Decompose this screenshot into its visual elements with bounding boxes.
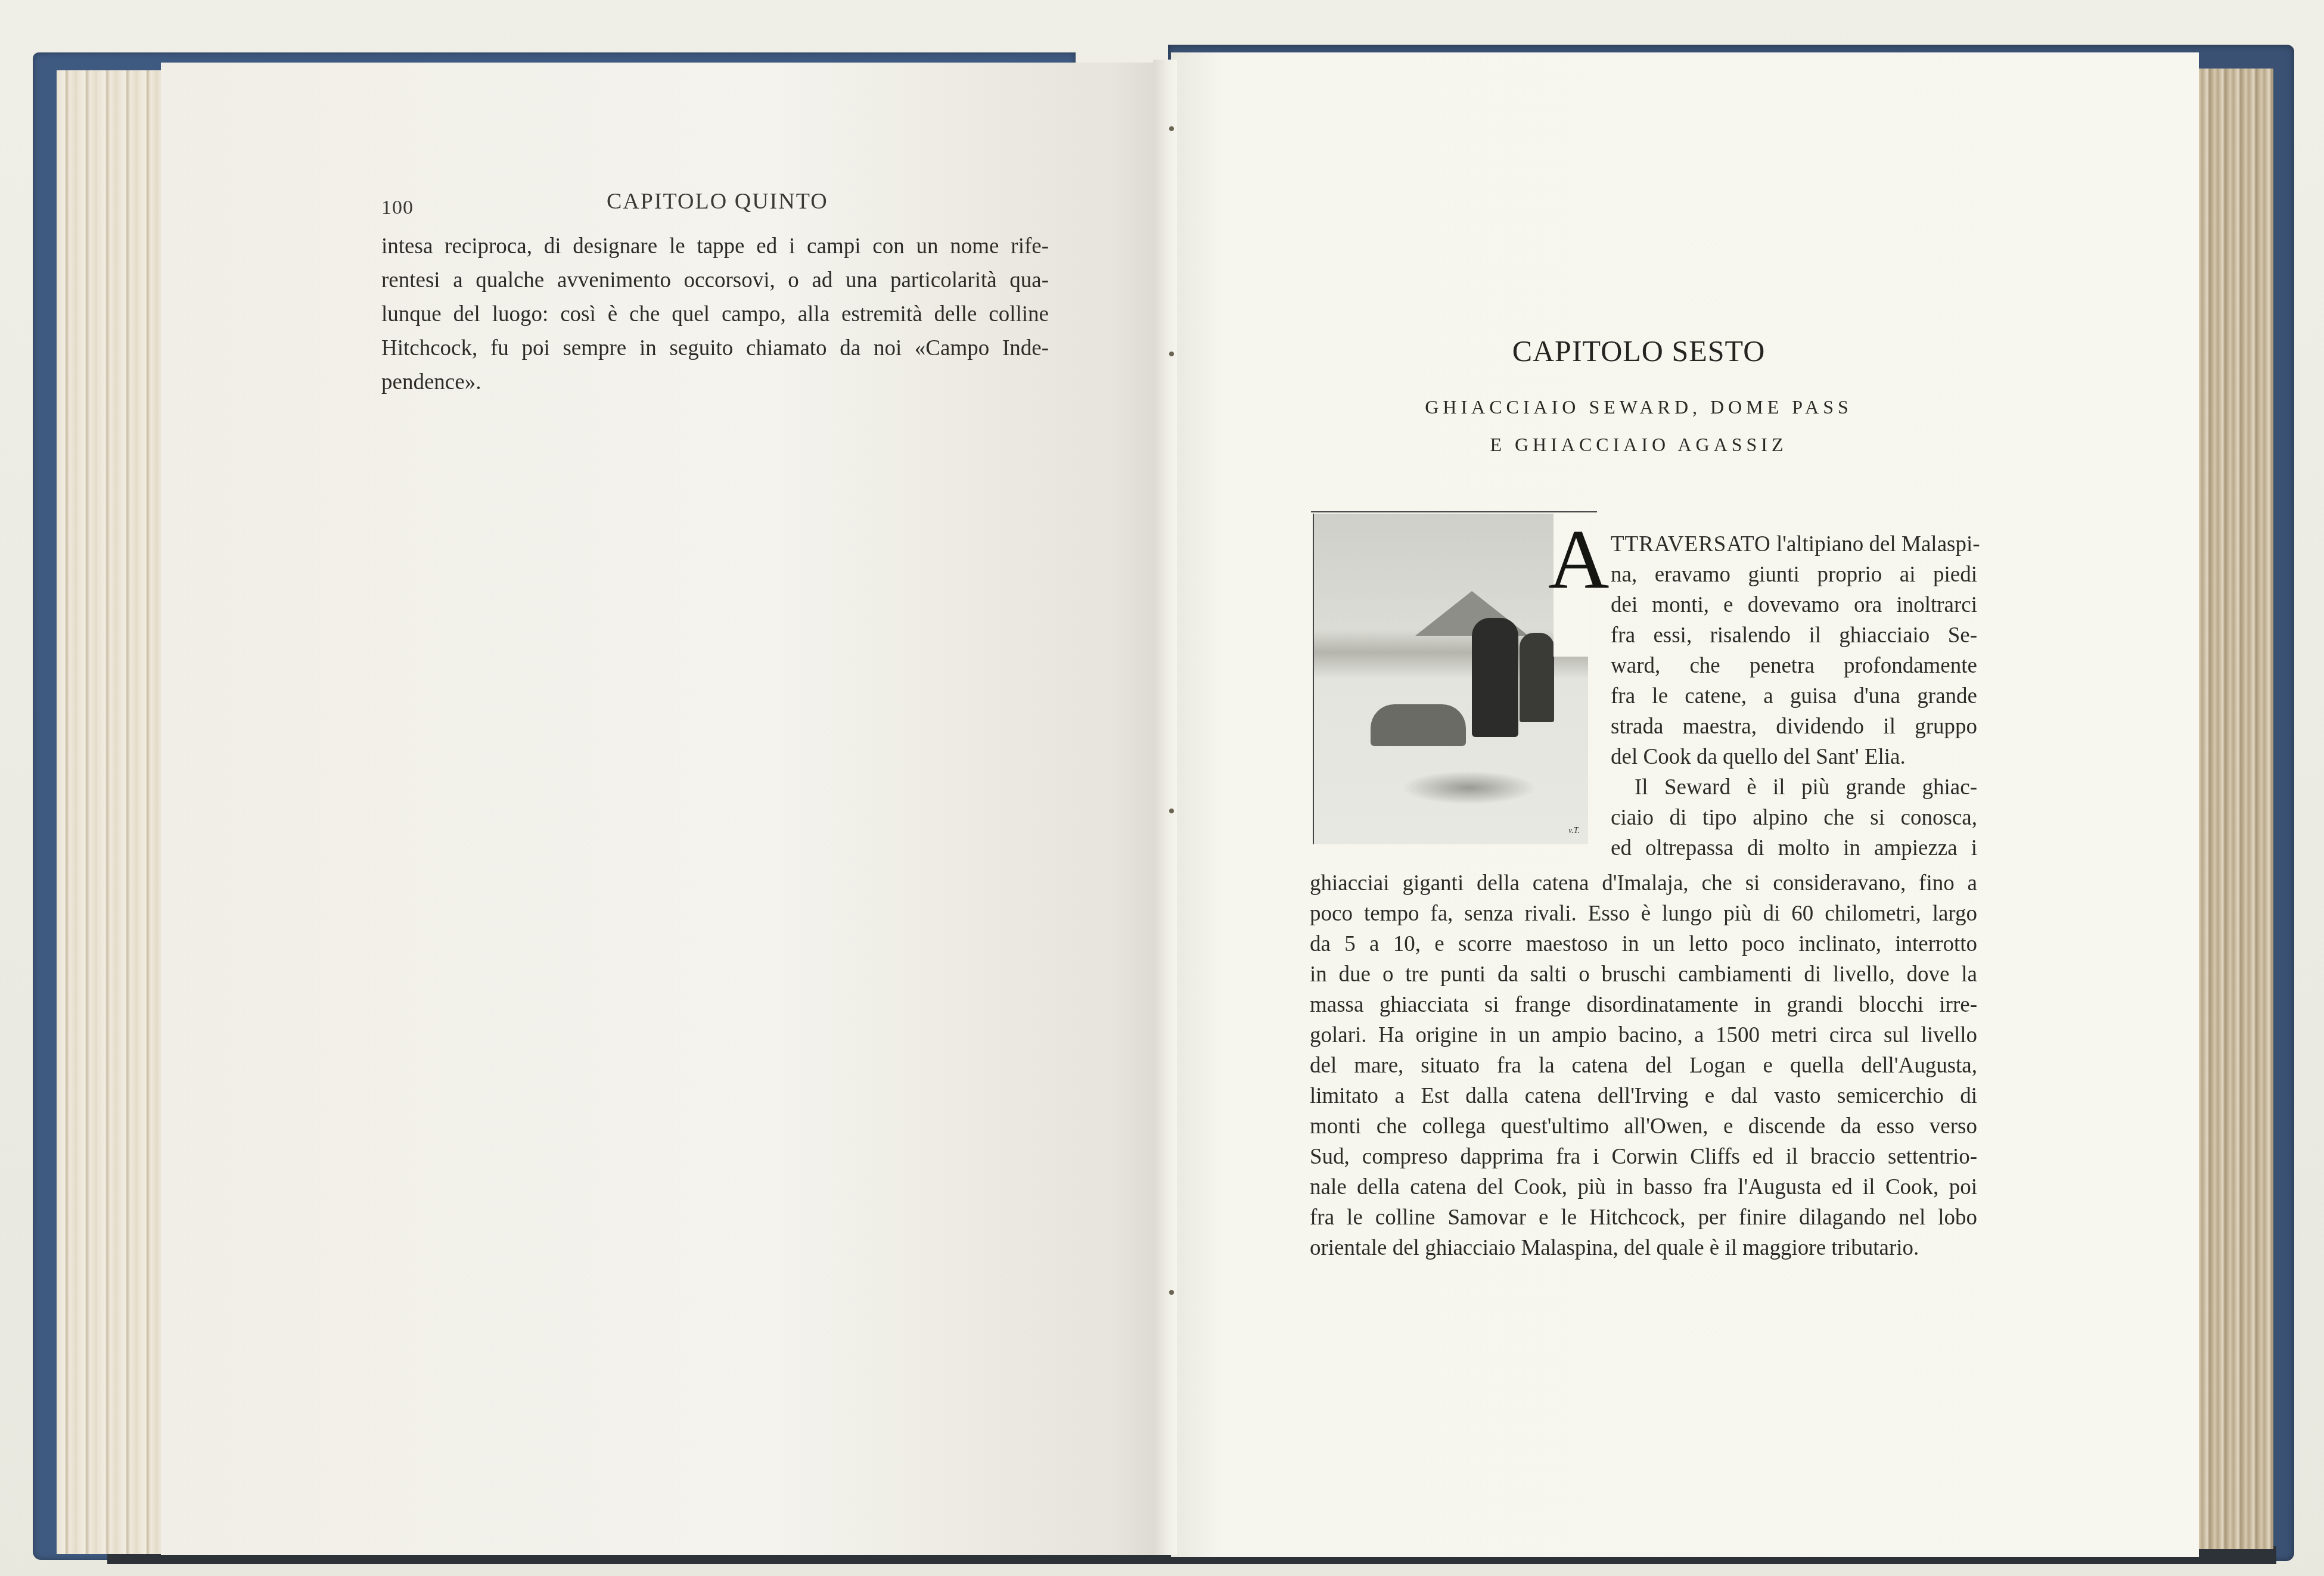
binding-stitch [1169,352,1174,356]
chapter-subtitle-line-1: GHIACCIAIO SEWARD, DOME PASS [1371,396,1907,418]
text-line: nale della catena del Cook, più in basso… [1310,1172,1977,1202]
person-figure [1520,633,1554,722]
text-line: del mare, situato fra la catena del Loga… [1310,1050,1977,1081]
text-line: fra le catene, a guisa d'una grande [1611,681,1977,711]
drop-cap: A [1548,523,1610,595]
text-line: strada maestra, dividendo il gruppo [1611,711,1977,742]
page-number: 100 [381,197,414,219]
text-line: TTRAVERSATO l'altipiano del Malaspi- [1611,529,1977,559]
text-line: pendence». [381,365,1049,399]
text-line: golari. Ha origine in un ampio bacino, a… [1310,1020,1977,1050]
text-line: fra essi, risalendo il ghiacciaio Se- [1611,620,1977,651]
text-line: in due o tre punti da salti o bruschi ca… [1310,959,1977,990]
binding-stitch [1169,126,1174,131]
illustration-signature: v.T. [1568,826,1580,836]
binding-stitch [1169,1290,1174,1295]
chapter-title: CAPITOLO SESTO [1371,334,1907,368]
text-line: ed oltrepassa di molto in ampiezza i [1611,833,1977,863]
text-line: Il Seward è il più grande ghiac- [1611,772,1977,803]
book-gutter [1153,60,1177,1555]
binding-stitch [1169,809,1174,813]
right-page-body-full: ghiacciai giganti della catena d'Imalaja… [1310,868,1977,1263]
text-line: poco tempo fa, senza rivali. Esso è lung… [1310,899,1977,929]
opening-word: TTRAVERSATO [1611,532,1771,557]
text-line: orientale del ghiacciaio Malaspina, del … [1310,1233,1977,1263]
text-line: dei monti, e dovevamo ora inoltrarci [1611,590,1977,620]
text-line: ward, che penetra profondamente [1611,651,1977,681]
text-line: massa ghiacciata si frange disordinatame… [1310,990,1977,1020]
camp-gear-shape [1371,704,1466,746]
text-line: rentesi a qualche avvenimento occorsovi,… [381,263,1049,297]
text-line: limitato a Est dalla catena dell'Irving … [1310,1081,1977,1111]
text-line: intesa reciproca, di designare le tappe … [381,229,1049,263]
text-line: ciaio di tipo alpino che si conosca, [1611,803,1977,833]
text-line: Sud, compreso dapprima fra i Corwin Clif… [1310,1142,1977,1172]
running-head: 100 CAPITOLO QUINTO [381,188,1055,218]
text-line: monti che collega quest'ultimo all'Owen,… [1310,1111,1977,1142]
chapter-subtitle-line-2: E GHIACCIAIO AGASSIZ [1371,434,1907,456]
text-line: lunque del luogo: così è che quel campo,… [381,297,1049,331]
text-segment: l'altipiano del Malaspi- [1771,532,1980,557]
illustration-photo: v.T. [1313,514,1588,844]
text-line: Hitchcock, fu poi sempre in seguito chia… [381,331,1049,365]
page-stack-left [57,70,170,1554]
page-stack-right [2199,69,2273,1549]
text-line: da 5 a 10, e scorre maestoso in un letto… [1310,929,1977,959]
text-line: fra le colline Samovar e le Hitchcock, p… [1310,1202,1977,1233]
running-chapter-title: CAPITOLO QUINTO [607,188,828,215]
text-line: del Cook da quello del Sant' Elia. [1611,742,1977,772]
person-figure [1472,618,1518,737]
text-line: ghiacciai giganti della catena d'Imalaja… [1310,868,1977,899]
text-line: na, eravamo giunti proprio ai piedi [1611,559,1977,590]
left-page-body: intesa reciproca, di designare le tappe … [381,229,1049,399]
right-page-body-wrapped: TTRAVERSATO l'altipiano del Malaspi- na,… [1611,529,1977,863]
